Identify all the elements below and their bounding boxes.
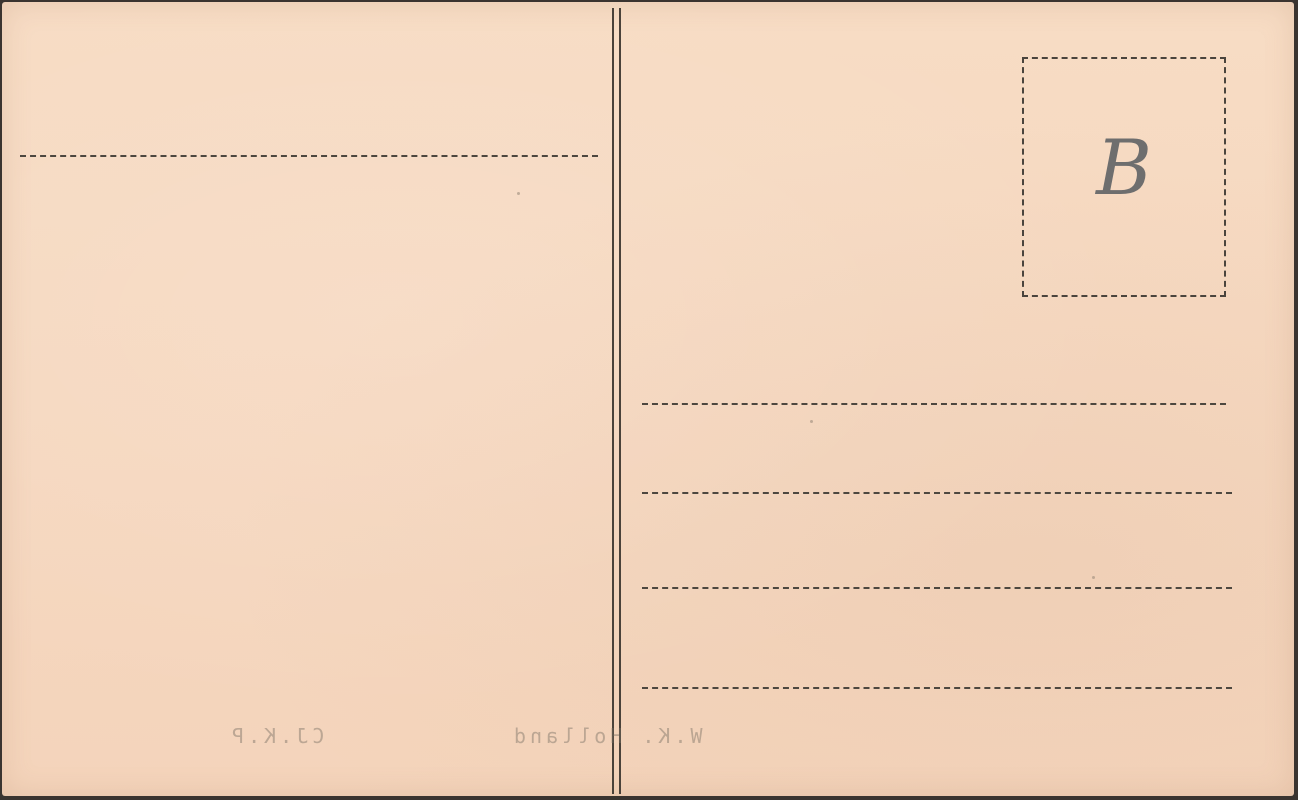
stamp-box: B (1022, 57, 1226, 297)
publisher-imprint-left: CJ.K.P (228, 724, 324, 748)
message-header-line (20, 155, 598, 157)
center-divider-right (619, 8, 621, 794)
postcard-back: B CJ.K.P W.K. Holland (2, 2, 1294, 796)
paper-speck (1092, 576, 1095, 579)
handwritten-mark: B (1096, 130, 1152, 206)
paper-speck (810, 420, 813, 423)
address-line-1 (642, 403, 1226, 405)
address-line-4 (642, 687, 1232, 689)
publisher-imprint-right: W.K. Holland (510, 724, 703, 748)
address-line-2 (642, 492, 1232, 494)
address-line-3 (642, 587, 1232, 589)
paper-speck (517, 192, 520, 195)
center-divider-left (612, 8, 614, 794)
